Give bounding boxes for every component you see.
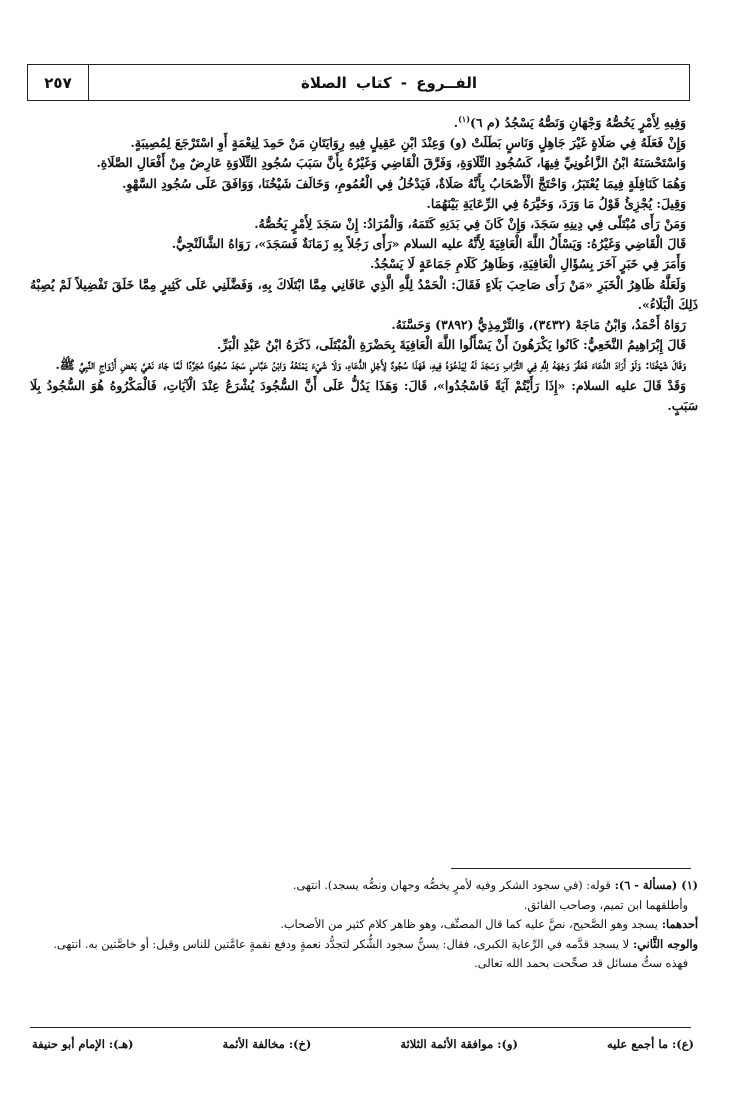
paragraph: وَاسْتَحْسَنَهُ ابْنُ الزَّاغُونِيِّ فِي…	[30, 153, 698, 173]
legend-item: (خ): مخالفة الأئمة	[222, 1037, 311, 1051]
legend-item: (و): موافقة الأئمة الثلاثة	[400, 1037, 518, 1051]
paragraph: وَهُمَا كَنَافِلَةٍ فِيمَا يُعْتَبَرُ، و…	[30, 174, 698, 194]
page-number: ٢٥٧	[28, 65, 89, 100]
footnote: وأطلقهما ابن تميم، وصاحب الفائق.	[30, 896, 698, 916]
page-header: ٢٥٧ الفــروع - كتاب الصلاة	[27, 64, 690, 101]
legend-item: (ع): ما أجمع عليه	[607, 1037, 694, 1051]
footnote-text: وأطلقهما ابن تميم، وصاحب الفائق.	[524, 899, 688, 912]
footnote: أحدهما: يسجد وهو الصَّحيح، نصَّ عليه كما…	[30, 915, 698, 935]
footnote-lead: أحدهما:	[658, 917, 698, 931]
footnote: (١) (مسألة - ٦): قوله: (في سجود الشكر وف…	[30, 876, 698, 896]
footnote-lead: والوجه الثَّاني:	[629, 937, 698, 951]
paragraph: قَالَ الْقَاضِي وَغَيْرُهُ: وَيَسْأَلُ ا…	[30, 234, 698, 254]
paragraph: وَقِيلَ: يُجْزِئُ قَوْلُ مَا وَرَدَ، وَخ…	[30, 194, 698, 214]
paragraph: وَأَمَرَ فِي خَبَرٍ آخَرَ بِسُؤَالِ الْع…	[30, 254, 698, 274]
paragraph: وَلَعَلَّهُ ظَاهِرُ الْخَبَرِ «مَنْ رَأَ…	[30, 275, 698, 315]
paragraph: وَفِيهِ لِأَمْرٍ يَخُصُّهُ وَجْهَانِ وَن…	[30, 113, 698, 133]
paragraph: وَقَالَ شَيْخُنَا: وَلَوْ أَرَادَ الدُّع…	[30, 355, 698, 375]
footnote-text: يسجد وهو الصَّحيح، نصَّ عليه كما قال الم…	[280, 918, 658, 931]
footnote: والوجه الثَّاني: لا يسجد قدَّمه في الرِّ…	[30, 935, 698, 955]
footnote-text: قوله: (في سجود الشكر وفيه لأمرٍ يخصُّه و…	[293, 879, 611, 892]
legend-item: (هـ): الإمام أبو حنيفة	[32, 1037, 133, 1051]
paragraph: وَإِنْ فَعَلَهُ فِي صَلَاةٍ غَيْرَ جَاهِ…	[30, 133, 698, 153]
main-text: وَفِيهِ لِأَمْرٍ يَخُصُّهُ وَجْهَانِ وَن…	[30, 113, 698, 416]
paragraph-text: وَفِيهِ لِأَمْرٍ يَخُصُّهُ وَجْهَانِ وَن…	[470, 115, 686, 130]
footnote-ref[interactable]: (١)	[458, 114, 470, 124]
paragraph: رَوَاهُ أَحْمَدُ، وَابْنُ مَاجَهْ (٣٤٣٢)…	[30, 315, 698, 335]
running-title: الفــروع - كتاب الصلاة	[89, 65, 689, 100]
footnotes: (١) (مسألة - ٦): قوله: (في سجود الشكر وف…	[30, 876, 698, 974]
footnote-separator	[451, 868, 691, 869]
document-page: ٢٥٧ الفــروع - كتاب الصلاة وَفِيهِ لِأَم…	[0, 0, 731, 1117]
legend-rule	[30, 1027, 691, 1028]
footnote-text: فهذه ستُّ مسائل قد صحِّحت بحمد الله تعال…	[474, 957, 688, 970]
paragraph: وَقَدْ قَالَ عليه السلام: «إِذَا رَأَيْت…	[30, 376, 698, 416]
footnote-lead: (١) (مسألة - ٦):	[611, 878, 698, 892]
footnote-text: لا يسجد قدَّمه في الرِّعاية الكبرى، فقال…	[53, 938, 629, 951]
paragraph: قَالَ إِبْرَاهِيمُ النَّخَعِيُّ: كَانُوا…	[30, 335, 698, 355]
paragraph: وَمَنْ رَأَى مُبْتَلًى فِي دِينِهِ سَجَد…	[30, 214, 698, 234]
abbreviation-legend: (ع): ما أجمع عليه (و): موافقة الأئمة الث…	[32, 1033, 694, 1055]
footnote: فهذه ستُّ مسائل قد صحِّحت بحمد الله تعال…	[30, 954, 698, 974]
